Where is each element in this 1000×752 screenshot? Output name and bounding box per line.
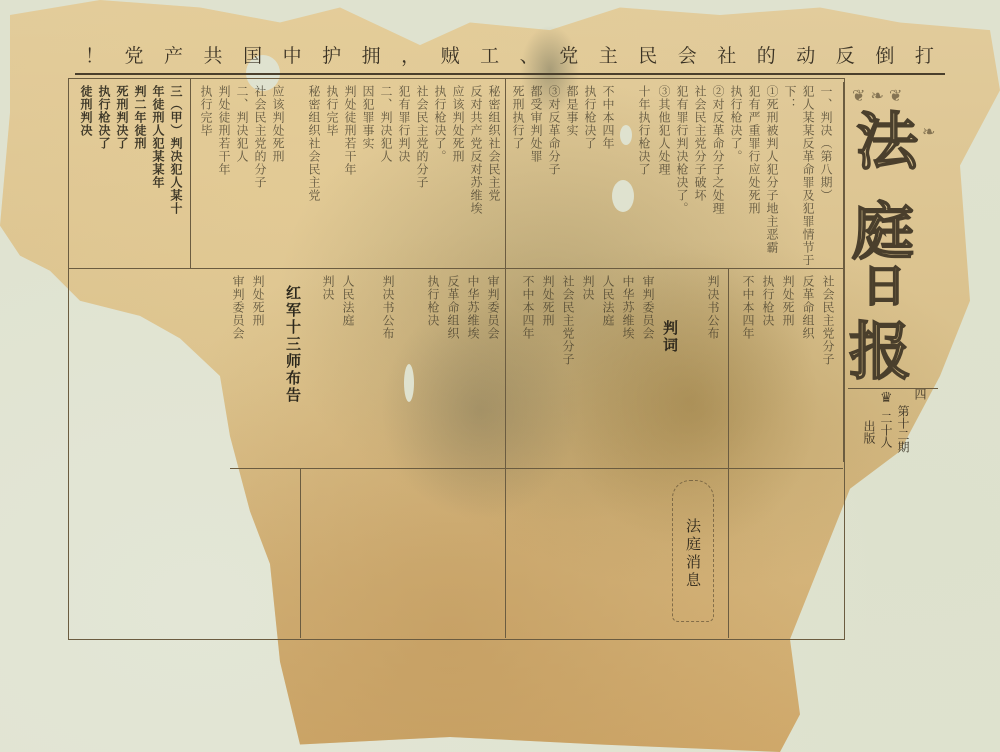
vine-ornament-icon: ❧: [922, 122, 935, 141]
text-column: 不中本四年: [600, 85, 615, 265]
text-column: 执行枪决: [425, 275, 440, 635]
text-column: 中华苏维埃: [465, 275, 480, 635]
text-column: 徒刑判决: [78, 85, 93, 325]
column-divider: [190, 78, 191, 268]
text-column: 执行枪决: [760, 275, 775, 635]
red-army-notice-heading: 红军十三师布告: [283, 285, 304, 404]
text-column: 社会民主党分子破坏: [692, 85, 707, 265]
court-notice-heading: 法庭消息: [683, 518, 704, 590]
text-column: 人民法庭: [340, 275, 355, 635]
text-column: 判二年徒刑: [132, 85, 147, 325]
headline-char: 倒: [875, 41, 895, 68]
column-divider: [728, 268, 729, 638]
headline-char: 国: [243, 41, 263, 68]
text-column: 中华苏维埃: [620, 275, 635, 635]
text-column: 犯有严重罪行应处死刑: [746, 85, 761, 265]
text-column: 反革命组织: [445, 275, 460, 635]
text-column: 社会民主党分子: [820, 275, 835, 635]
text-column: ②对反革命分子之处理: [710, 85, 725, 265]
text-column: 都是事实: [564, 85, 579, 265]
text-column: ③对反革命分子: [546, 85, 561, 265]
headline-banner: 打 倒 反 动 的 社 会 民 主 党 、 工 贼 ， 拥 护 中 国 共 产 …: [75, 35, 945, 75]
text-column: 下：: [782, 85, 797, 265]
headline-char: 护: [322, 41, 342, 68]
text-column: 执行枪决了: [96, 85, 111, 325]
headline-char: 产: [164, 41, 184, 68]
headline-char: 打: [915, 41, 935, 68]
headline-char: 党: [125, 41, 145, 68]
issue-line: 出版: [861, 420, 878, 444]
text-column: 判决: [320, 275, 335, 635]
text-column: 反革命组织: [800, 275, 815, 635]
masthead-char: 法: [856, 92, 918, 181]
judgment-label: 判词: [660, 320, 681, 354]
headline-char: 拥: [362, 41, 382, 68]
issue-line: 第十二期: [895, 405, 912, 453]
headline-char: 民: [638, 41, 658, 68]
text-column: 应该判处死刑: [450, 85, 465, 265]
text-column: 应该判处死刑: [270, 85, 285, 265]
headline-char: 主: [599, 41, 619, 68]
text-column: 执行完毕: [198, 85, 213, 265]
section-divider: [68, 268, 843, 269]
text-column: 判处死刑: [250, 275, 265, 455]
headline-char: 共: [204, 41, 224, 68]
scanned-document: 打 倒 反 动 的 社 会 民 主 党 、 工 贼 ， 拥 护 中 国 共 产 …: [0, 0, 1000, 752]
text-column: 判处死刑: [780, 275, 795, 635]
text-column: 执行枪决了: [582, 85, 597, 265]
headline-char: 贼: [441, 41, 461, 68]
headline-char: 动: [796, 41, 816, 68]
text-column: 社会民主党的分子: [252, 85, 267, 265]
text-column: 判处徒刑若干年: [342, 85, 357, 265]
text-column: 社会民主党分子: [560, 275, 575, 635]
text-column: 社会民主党的分子: [414, 85, 429, 265]
text-column: 不中本四年: [520, 275, 535, 635]
text-column: 死刑执行了: [510, 85, 525, 265]
text-column: 一、判决（第八期）: [818, 85, 833, 265]
headline-char: 反: [836, 41, 856, 68]
text-column: 人民法庭: [600, 275, 615, 635]
headline-char: 会: [678, 41, 698, 68]
issue-line: 二十人: [878, 412, 895, 448]
text-column: 判决书公布: [380, 275, 395, 635]
text-column: 判决书公布: [705, 275, 720, 465]
headline-char: 的: [757, 41, 777, 68]
text-column: ③其他犯人处理: [656, 85, 671, 265]
text-column: 执行枪决了。: [432, 85, 447, 265]
text-column: 犯有罪行判决枪决了。: [674, 85, 689, 265]
headline-char: 工: [480, 41, 500, 68]
text-column: 犯有罪行判决: [396, 85, 411, 265]
text-column: 判处徒刑若干年: [216, 85, 231, 265]
text-column: ①死刑被判人犯分子地主恶霸: [764, 85, 779, 265]
text-column: 判决: [580, 275, 595, 635]
text-column: 执行完毕: [324, 85, 339, 265]
masthead-char: 报: [849, 302, 911, 391]
text-column: 都受审判处罪: [528, 85, 543, 265]
text-column: 犯人某某反革命罪及犯罪情节于: [800, 85, 815, 265]
headline-char: 社: [717, 41, 737, 68]
text-column: 执行枪决了。: [728, 85, 743, 265]
text-column: 审判委员会: [640, 275, 655, 635]
text-column: 死刑判决了: [114, 85, 129, 325]
headline-char: ！: [85, 41, 105, 68]
text-column: 秘密组织社会民主党: [306, 85, 321, 265]
text-column: 不中本四年: [740, 275, 755, 635]
text-column: 审判委员会: [485, 275, 500, 635]
text-column: 年徒刑人犯某某年: [150, 85, 165, 325]
text-column: 秘密组织社会民主党: [486, 85, 501, 265]
headline-char: 党: [559, 41, 579, 68]
headline-char: 、: [520, 41, 540, 68]
text-column: 因犯罪事实: [360, 85, 375, 265]
column-divider: [505, 78, 506, 638]
headline-char: ，: [401, 41, 421, 68]
text-column: 审判委员会: [230, 275, 245, 455]
text-column: 三（甲）判决犯人某十: [168, 85, 183, 325]
headline-char: 中: [283, 41, 303, 68]
text-column: 十年执行枪决了: [636, 85, 651, 265]
text-column: 判处死刑: [540, 275, 555, 635]
text-column: 二、判决犯人: [234, 85, 249, 265]
text-column: 反对共产党反对苏维埃: [468, 85, 483, 265]
crown-ornament-icon: ♛: [880, 390, 893, 406]
text-column: 二、判决犯人: [378, 85, 393, 265]
column-divider: [300, 468, 301, 638]
issue-number: 四: [912, 388, 929, 400]
